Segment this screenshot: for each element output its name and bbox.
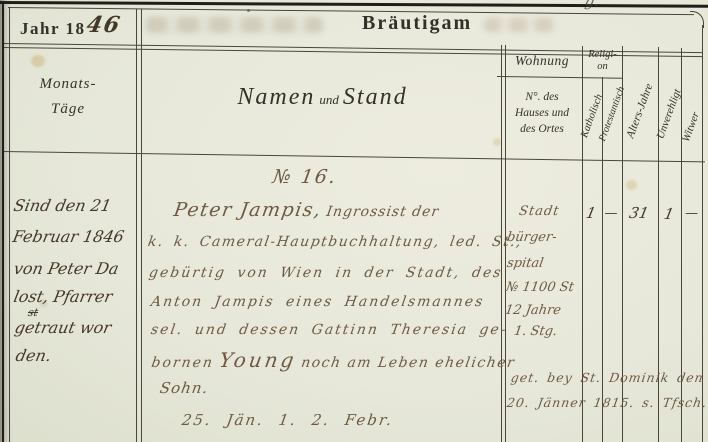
ink-bleedthrough (484, 18, 556, 32)
residence-line: spital (506, 256, 545, 271)
value-altersjahre: 31 (621, 204, 656, 222)
left-edge-thick (2, 1, 4, 442)
register-page: Jahr 1846 Bräutigam g. Monats- Täge Name… (0, 0, 708, 442)
year-handwritten: 46 (85, 12, 124, 38)
mother-line-post: noch am Leben ehelicher (300, 355, 517, 371)
baptism-note-line: get. bey St. Dominik den (510, 370, 705, 385)
value-katholisch: 1 (580, 204, 601, 222)
groom-section-title: Bräutigam (362, 12, 472, 35)
column-religion-label-line1: Religi- (583, 49, 622, 60)
margin-note-line: den. (14, 346, 53, 365)
residence-line: 1. Stg. (513, 324, 559, 339)
column-altersjahre-label: Alters-Jahre (625, 82, 656, 140)
margin-note-line: von Peter Da (12, 259, 120, 278)
column-namen-und-stand: Namen und Stand (150, 84, 495, 111)
divider-monat-namen-b (141, 9, 142, 442)
page-corner-fragment: g. (584, 0, 601, 10)
margin-note-line: Sind den 21 (12, 196, 113, 215)
wohnung-sublabel-line2: Hauses und (503, 107, 581, 119)
stand-word: Stand (343, 84, 408, 110)
residence-line: Stadt (518, 204, 561, 219)
residence-line: 12 Jahre (504, 303, 562, 318)
und-word: und (319, 92, 339, 107)
mother-name-line: bornen Young noch am Leben ehelicher (150, 348, 517, 372)
groom-description-line: gebürtig von Wien in der Stadt, des (148, 265, 504, 281)
groom-description-line: Anton Jampis eines Handelsmannes (150, 294, 486, 310)
value-unverehligt: 1 (657, 205, 680, 223)
column-monatstage-line1: Monats- (20, 76, 116, 93)
margin-note-line: lost, Pfarrer (12, 287, 114, 306)
value-witwer: — (681, 206, 703, 221)
groom-name: Peter Jampis, (172, 199, 323, 221)
year-printed-text: Jahr 18 (20, 19, 85, 38)
groom-description-line: k. k. Cameral-Hauptbuchhaltung, led. St.… (147, 234, 524, 250)
margin-note-line: Februar 1846 (11, 227, 126, 246)
margin-note-line: getraut wor (13, 318, 113, 337)
residence-line: № 1100 St (505, 280, 575, 295)
divider-monat-namen-a (136, 9, 137, 442)
groom-description-line: sel. und dessen Gattinn Theresia ge- (150, 322, 509, 338)
value-protestantisch: — (601, 206, 622, 221)
column-witwer-label: Witwer (680, 110, 702, 143)
son-line: Sohn. (159, 379, 210, 397)
page-top-edge (0, 1, 708, 8)
column-wohnung-label: Wohnung (503, 53, 581, 69)
column-header-bottom (3, 151, 705, 162)
mother-line-pre: bornen (150, 355, 215, 371)
record-number: № 16. (248, 166, 361, 188)
namen-word: Namen (237, 84, 315, 110)
groom-title: Ingrossist der (325, 204, 440, 220)
wohnung-sublabel-line1: N°. des (503, 91, 581, 103)
groom-name-line: Peter Jampis, Ingrossist der (172, 199, 441, 221)
column-monatstage-line2: Täge (20, 101, 116, 118)
mother-name: Young (218, 348, 299, 372)
year-label: Jahr 1846 (20, 14, 121, 40)
foxing-stain (493, 138, 501, 146)
left-border-inner (9, 7, 10, 442)
column-religion-label-line2: on (583, 61, 622, 72)
wohnung-sublabel-line3: des Ortes (503, 123, 581, 135)
foxing-stain (31, 55, 45, 67)
residence-line: bürger- (506, 230, 558, 245)
baptism-note-line: 20. Jänner 1815. s. Tfsch. (506, 395, 708, 410)
wohnung-sublabel-divider (497, 76, 623, 79)
foxing-stain (626, 180, 637, 190)
ink-bleedthrough (146, 17, 323, 33)
banns-dates-line: 25. Jän. 1. 2. Febr. (181, 411, 395, 429)
